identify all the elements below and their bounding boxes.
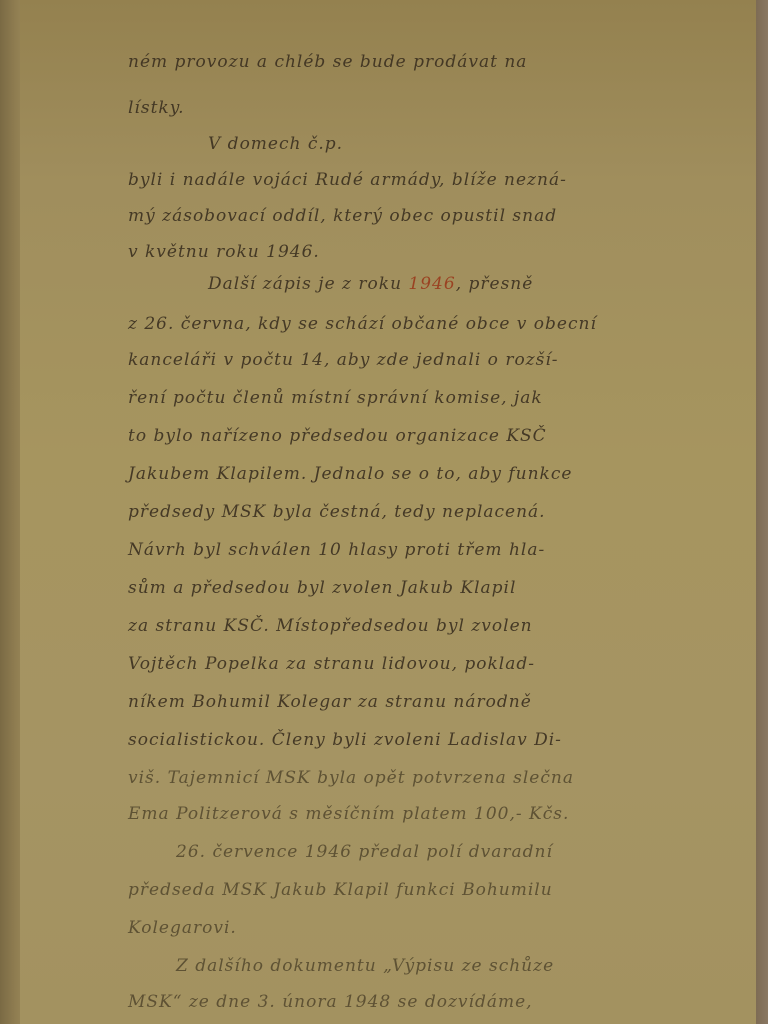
- text-line: Ema Politzerová s měsíčním platem 100,- …: [128, 804, 569, 824]
- text-line: MSK“ ze dne 3. února 1948 se dozvídáme,: [128, 992, 533, 1012]
- text-line: Vojtěch Popelka za stranu lidovou, pokla…: [128, 654, 535, 674]
- text-line: Kolegarovi.: [128, 918, 237, 938]
- text-line: ném provozu a chléb se bude prodávat na: [128, 52, 527, 72]
- page-edge: [756, 0, 768, 1024]
- text-line: byli i nadále vojáci Rudé armády, blíže …: [128, 170, 567, 190]
- text-line: viš. Tajemnicí MSK byla opět potvrzena s…: [128, 768, 574, 788]
- text-line: ření počtu členů místní správní komise, …: [128, 388, 543, 408]
- text-line: za stranu KSČ. Místopředsedou byl zvolen: [128, 616, 533, 636]
- text-line: socialistickou. Členy byli zvoleni Ladis…: [128, 730, 562, 750]
- text-line: mý zásobovací oddíl, který obec opustil …: [128, 206, 557, 226]
- text-line: 26. července 1946 předal polí dvaradní: [128, 842, 553, 862]
- text-line: Z dalšího dokumentu „Výpisu ze schůze: [128, 956, 554, 976]
- text-fragment: Další zápis je z roku: [208, 274, 408, 294]
- text-line: lístky.: [128, 98, 184, 118]
- red-ink-year: 1946: [408, 274, 455, 294]
- text-line: předsedy MSK byla čestná, tedy neplacená…: [128, 502, 546, 522]
- text-line: sům a předsedou byl zvolen Jakub Klapil: [128, 578, 516, 598]
- text-fragment: , přesně: [456, 274, 534, 294]
- text-line: Jakubem Klapilem. Jednalo se o to, aby f…: [128, 464, 572, 484]
- text-line: předseda MSK Jakub Klapil funkci Bohumil…: [128, 880, 553, 900]
- text-line: níkem Bohumil Kolegar za stranu národně: [128, 692, 532, 712]
- text-line-with-red-year: Další zápis je z roku 1946, přesně: [128, 274, 533, 294]
- text-line: to bylo nařízeno předsedou organizace KS…: [128, 426, 547, 446]
- section-heading: V domech č.p.: [128, 134, 343, 154]
- text-line: Návrh byl schválen 10 hlasy proti třem h…: [128, 540, 545, 560]
- text-line: kanceláři v počtu 14, aby zde jednali o …: [128, 350, 559, 370]
- text-line: z 26. června, kdy se schází občané obce …: [128, 314, 597, 334]
- document-photo: ném provozu a chléb se bude prodávat na …: [0, 0, 768, 1024]
- text-line: v květnu roku 1946.: [128, 242, 320, 262]
